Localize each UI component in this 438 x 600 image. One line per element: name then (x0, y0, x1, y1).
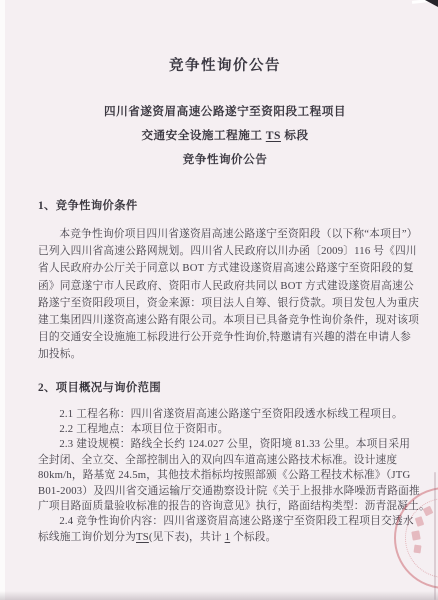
item-2-3-line: 2.3 建设规模：路线全长约 124.027 公里，资阳境 81.33 公里。本… (38, 437, 412, 452)
scan-edge-left (0, 0, 5, 600)
document-content: 竞争性询价公告 四川省遂资眉高速公路遂宁至资阳段工程项目 交通安全设施工程施工 … (38, 0, 412, 545)
scan-corner-mark (425, 0, 438, 7)
item-2-3-line: B01-2003）及四川省交通运输厅交通勘察设计院《关于上报排水降噪沥青路面推 (38, 484, 412, 499)
item-2-4-line2-post: 个标段。 (230, 531, 276, 543)
section2-heading: 2、项目概况与询价范围 (38, 379, 412, 395)
section-code-ts: TS (266, 129, 281, 142)
project-title-line1: 四川省遂资眉高速公路遂宁至资阳段工程项目 (38, 105, 412, 119)
body-line: 路遂宁至资阳段项目，资金来源：项目法人自筹、银行贷款。项目发包人为重庆 (38, 295, 412, 312)
project-title-line2-pre: 交通安全设施工程施工 (141, 129, 265, 142)
body-line: 建工集团四川遂资高速公路有限公司。本项目已具备竞争性询价条件，现对该项 (38, 312, 412, 329)
item-2-3-line: 广项目路面质量验收标准的报告的咨询意见》执行，路面结构类型：沥青混凝土。 (38, 499, 412, 514)
project-title-line2-post: 标段 (281, 129, 309, 142)
section1-paragraph: 本竞争性询价项目四川省遂资眉高速公路遂宁至资阳段（以下称“本项目”） 已列入四川… (38, 226, 412, 364)
document-main-title: 竞争性询价公告 (38, 54, 412, 75)
body-line: 函》同意遂宁市人民政府、资阳市人民政府共同以 BOT 方式建设遂资眉高速公 (38, 278, 412, 295)
body-line: 已列入四川省高速公路网规划。四川省人民政府以川办函〔2009〕116 号《四川 (38, 243, 412, 260)
project-title-line3: 竞争性询价公告 (38, 153, 412, 167)
body-line: 本竞争性询价项目四川省遂资眉高速公路遂宁至资阳段（以下称“本项目”） (38, 226, 412, 243)
item-2-4-line2-mid: (见下表)，共计 (149, 531, 225, 543)
body-line: 省人民政府办公厅关于同意以 BOT 方式建设遂资眉高速公路遂宁至资阳段的复 (38, 260, 412, 277)
seal-character-mark (411, 530, 420, 540)
scan-edge-bottom (0, 591, 438, 600)
red-seal-stamp (394, 487, 438, 589)
item-2-4-line1: 2.4 竞争性询价内容：四川省遂资眉高速公路遂宁至资阳段工程项目交透水 (38, 514, 412, 529)
body-line: 目的交通安全设施施工标段进行公开竞争性询价,特邀请有兴趣的潜在申请人参 (38, 329, 412, 346)
section2-items: 2.1 工程名称：四川省遂资眉高速公路遂宁至资阳段透水标线工程项目。 2.2 工… (38, 407, 412, 546)
item-2-4-line2-pre: 标线施工询价划分为 (38, 531, 136, 543)
body-line: 加投标。 (38, 346, 412, 363)
scan-edge-right (434, 472, 436, 600)
project-title-line2: 交通安全设施工程施工 TS 标段 (38, 129, 412, 143)
item-2-4-line2: 标线施工询价划分为TS(见下表)，共计 1 个标段。 (38, 530, 412, 545)
item-2-2: 2.2 工程地点：本项目位于资阳市。 (38, 422, 412, 437)
section-code-ts: TS (136, 531, 149, 543)
item-2-3-line: 全封闭、全立交、全部控制出入的双向四车道高速公路技术标准。设计速度 (38, 453, 412, 468)
section1-heading: 1、竞争性询价条件 (38, 197, 412, 213)
item-2-3-line: 80km/h，路基宽 24.5m，其他技术指标均按照部颁《公路工程技术标准》（J… (38, 468, 412, 483)
item-2-1: 2.1 工程名称：四川省遂资眉高速公路遂宁至资阳段透水标线工程项目。 (38, 407, 412, 422)
scanned-document-page: 竞争性询价公告 四川省遂资眉高速公路遂宁至资阳段工程项目 交通安全设施工程施工 … (0, 0, 438, 600)
seal-character-mark (413, 545, 421, 554)
